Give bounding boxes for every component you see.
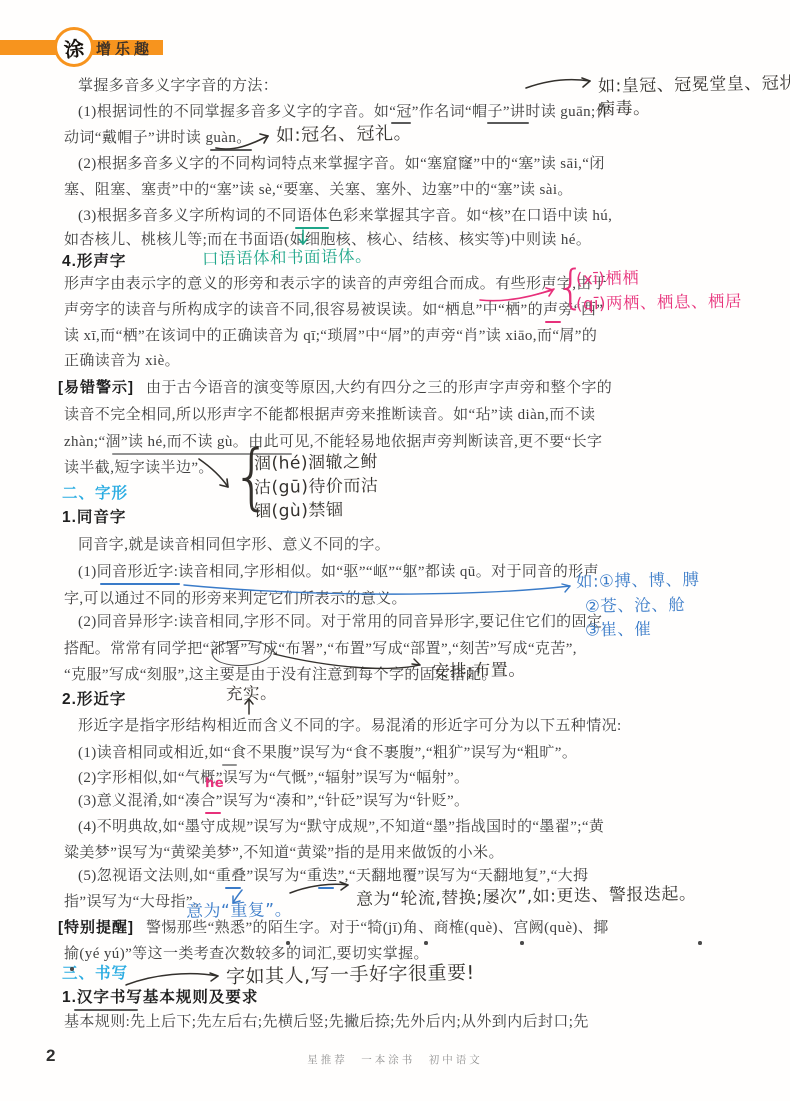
warning-line2: 读音不完全相同,所以形声字不能都根据声旁来推断读音。如“玷”读 diàn,而不读 bbox=[64, 405, 595, 425]
tongyin1-line1: (1)同音形近字:读音相同,字形相似。如“驱”“岖”“躯”都读 qū。对于同音的… bbox=[78, 562, 599, 582]
curved-arrow-icon bbox=[196, 456, 234, 492]
logo-character: 涂 bbox=[62, 31, 86, 63]
emphasis-dot bbox=[424, 941, 428, 945]
xingjin-item4-line2: 粱美梦”误写为“黄梁美梦”,不知道“黄粱”指的是用来做饭的小米。 bbox=[64, 843, 504, 863]
footer-text: 星推荐 一本涂书 初中语文 bbox=[0, 1052, 790, 1067]
curved-arrow-icon bbox=[214, 130, 276, 152]
warning-row: [易错警示] 由于古今语音的演变等原因,大约有四分之三的形声字声旁和整个字的 bbox=[58, 378, 612, 398]
curved-arrow-icon bbox=[272, 650, 428, 674]
note-yuti: 口语语体和书面语体。 bbox=[202, 243, 372, 270]
right-arrow-icon-pink bbox=[536, 286, 558, 298]
heading-zixing: 二、字形 bbox=[62, 484, 128, 504]
heading-tongyinzi: 1.同音字 bbox=[62, 508, 126, 528]
brand-name: 增乐趣 bbox=[96, 38, 153, 59]
intro-line: 掌握多音多义字字音的方法： bbox=[78, 76, 278, 96]
reminder-label: [特别提醒] bbox=[58, 918, 134, 938]
method2-line1: (2)根据多音多义字的不同构词特点来掌握字音。如“塞窟窿”中的“塞”读 sāi,… bbox=[78, 154, 605, 174]
reminder-row: [特别提醒] 警惕那些“熟悉”的陌生字。对于“犄(jī)角、商榷(què)、宫阙… bbox=[58, 918, 609, 938]
note-he-pinyin: he bbox=[205, 776, 224, 791]
underline-mark-pink bbox=[545, 321, 561, 323]
warning-label: [易错警示] bbox=[58, 378, 134, 398]
tongyin-intro: 同音字,就是读音相同但字形、意义不同的字。 bbox=[78, 535, 390, 555]
xingjin-item3: (3)意义混淆,如“凑合”误写为“凑和”,“针砭”误写为“针贬”。 bbox=[78, 791, 469, 811]
brand-logo-icon: 涂 bbox=[54, 27, 94, 67]
heading-xingshengzi: 4.形声字 bbox=[62, 252, 126, 272]
emphasis-dot bbox=[70, 967, 74, 971]
underline-mark bbox=[74, 1009, 138, 1011]
underline-mark bbox=[391, 122, 411, 124]
up-arrow-icon bbox=[242, 696, 256, 716]
xingjin-item1: (1)读音相同或相近,如“食不果腹”误写为“食不裹腹”,“粗犷”误写为“粗旷”。 bbox=[78, 743, 577, 763]
note-crown-line1: 如:皇冠、冠冕堂皇、冠状 bbox=[598, 68, 790, 96]
note-qi-line2: (qī)两栖、栖息、栖居 bbox=[576, 288, 742, 315]
down-arrow-icon-green bbox=[296, 228, 310, 248]
note-bo-line1: 如:①搏、博、膊 bbox=[576, 566, 700, 592]
underline-mark-gray bbox=[222, 764, 237, 766]
curved-arrow-icon bbox=[124, 968, 224, 990]
brace-icon-dark: { bbox=[232, 441, 271, 512]
down-arrow-icon-blue bbox=[226, 888, 246, 906]
tongyin2-line1: (2)同音异形字:读音相同,字形不同。对于常用的同音异形字,要记住它们的固定 bbox=[78, 612, 602, 632]
warning-line1: 由于古今语音的演变等原因,大约有四分之三的形声字声旁和整个字的 bbox=[146, 378, 612, 398]
underline-mark bbox=[487, 122, 529, 124]
xingjin-item4-line1: (4)不明典故,如“墨守成规”误写为“默守成规”,不知道“墨”指战国时的“墨翟”… bbox=[78, 817, 604, 837]
xingjin-item2: (2)字形相似,如“气概”误写为“气慨”,“辐射”误写为“幅射”。 bbox=[78, 768, 469, 788]
xingsheng-line3: 读 xī,而“栖”在该词中的正确读音为 qī;“琐屑”中“屑”的声旁“肖”读 x… bbox=[64, 326, 597, 346]
underline-mark-pink bbox=[205, 812, 221, 814]
long-arrow-icon bbox=[524, 76, 596, 92]
note-ziren: 字如其人,写一手好字很重要! bbox=[226, 958, 475, 989]
xingsheng-line4: 正确读音为 xiè。 bbox=[64, 351, 180, 371]
note-bo-line3: ③崔、催 bbox=[585, 615, 652, 640]
swoosh-arrow-icon-blue bbox=[182, 580, 578, 598]
emphasis-dot bbox=[520, 941, 524, 945]
xingjin-intro: 形近字是指字形结构相近而含义不同的字。易混淆的形近字可分为以下五种情况: bbox=[78, 716, 622, 736]
right-arrow-icon bbox=[288, 880, 354, 896]
note-anpai: 安排;布置。 bbox=[432, 655, 526, 682]
rules-line: 基本规则:先上后下;先左后右;先横后竖;先撇后捺;先外后内;从外到内后封口;先 bbox=[64, 1012, 589, 1032]
circle-mark bbox=[212, 639, 273, 667]
note-he-line2: 沽(gū)待价而沽 bbox=[254, 471, 379, 498]
note-qi-line1: (xī)栖栖 bbox=[576, 264, 640, 289]
emphasis-dot bbox=[698, 941, 702, 945]
emphasis-dot bbox=[286, 941, 290, 945]
method2-line2: 塞、阻塞、塞责”中的“塞”读 sè,“要塞、关塞、塞外、边塞”中的“塞”读 sà… bbox=[64, 180, 573, 200]
note-crown-line2: 病毒。 bbox=[598, 94, 651, 120]
heading-guize: 1.汉字书写基本规则及要求 bbox=[62, 988, 258, 1008]
note-bo-line2: ②苍、沧、舱 bbox=[585, 591, 686, 617]
book-page: 涂 增乐趣 掌握多音多义字字音的方法： (1)根据词性的不同掌握多音多义字的字音… bbox=[0, 0, 790, 1101]
note-diedai: 意为“轮流,替换;屡次”,如:更迭、警报迭起。 bbox=[356, 879, 697, 910]
underline-mark-blue bbox=[100, 583, 180, 585]
brace-icon-pink: { bbox=[556, 264, 585, 310]
note-he-line1: 涸(hé)涸辙之鲋 bbox=[254, 447, 378, 474]
warning-line4: 读半截,短字读半边”。 bbox=[64, 458, 214, 478]
heading-xingjinzi: 2.形近字 bbox=[62, 690, 126, 710]
method3-line1: (3)根据多音多义字所构词的不同语体色彩来掌握其字音。如“核”在口语中读 hú, bbox=[78, 206, 612, 226]
